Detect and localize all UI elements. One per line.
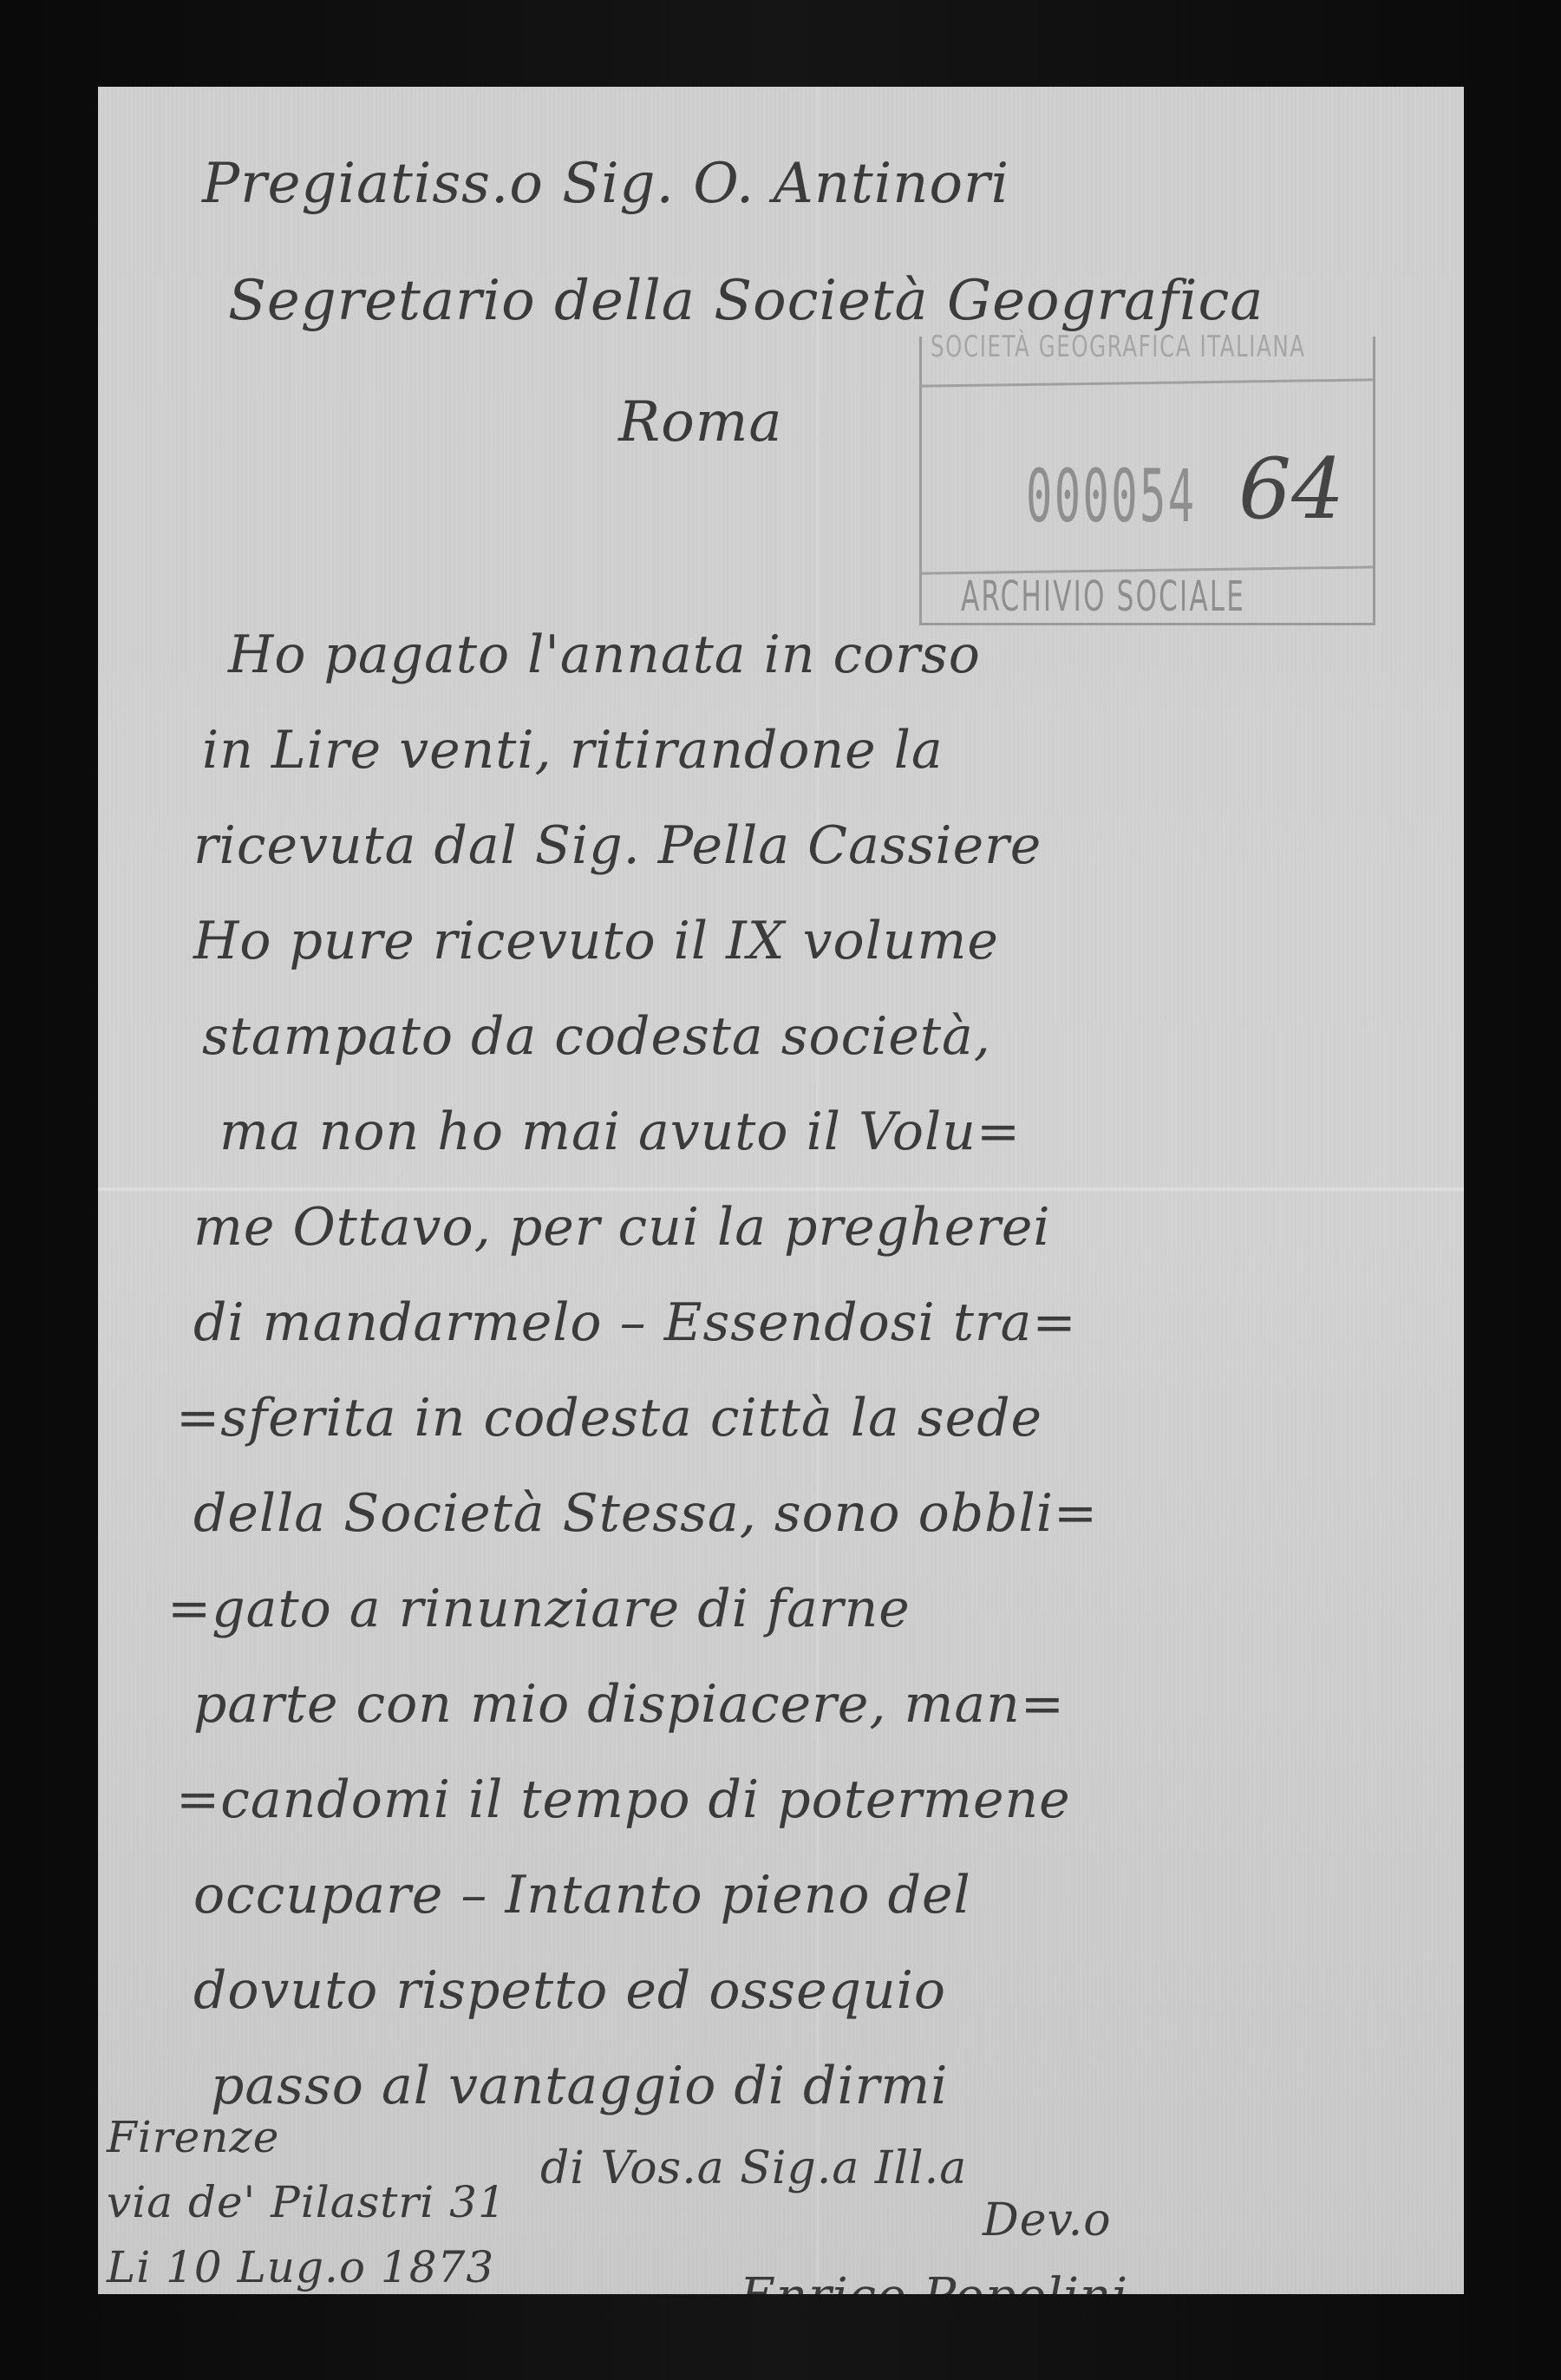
sender-city: Firenze (107, 2112, 279, 2162)
body-line: Ho pure ricevuto il IX volume (193, 911, 999, 971)
date-day-month: Li 10 Lug.o (107, 2242, 366, 2292)
body-line: ma non ho mai avuto il Volu= (219, 1102, 1021, 1162)
stamp-printed-number: 000054 (1026, 454, 1196, 539)
body-line: parte con mio dispiacere, man= (193, 1674, 1065, 1735)
closing-devoted: Dev.o (983, 2194, 1112, 2246)
date-year: 1873 (381, 2242, 494, 2294)
stamp-handwritten-number: 64 (1238, 441, 1344, 538)
recipient-title: Segretario della Società Geografica (228, 269, 1264, 333)
letter-page: Pregiatiss.o Sig. O. Antinori Segretario… (98, 87, 1464, 2294)
body-line: passo al vantaggio di dirmi (211, 2056, 948, 2116)
horizontal-fold-crease (98, 1187, 1464, 1192)
archive-stamp: SOCIETÀ GEOGRAFICA ITALIANA 000054 64 AR… (919, 337, 1375, 625)
body-line: =candomi il tempo di potermene (176, 1769, 1071, 1830)
recipient-city: Roma (618, 390, 783, 454)
body-line: me Ottavo, per cui la pregherei (193, 1197, 1051, 1258)
sender-street: via de' Pilastri 31 (107, 2177, 506, 2227)
body-line: =sferita in codesta città la sede (176, 1388, 1042, 1448)
letter-date: Li 10 Lug.o 1873 (107, 2242, 494, 2292)
closing-courtesy: di Vos.a Sig.a Ill.a (540, 2142, 967, 2194)
stamp-archive-label: ARCHIVIO SOCIALE (961, 572, 1245, 621)
body-line: stampato da codesta società, (202, 1006, 991, 1067)
body-line: in Lire venti, ritirandone la (202, 720, 944, 781)
stamp-society-name: SOCIETÀ GEOGRAFICA ITALIANA (931, 330, 1306, 364)
body-line: Ho pagato l'annata in corso (228, 624, 981, 685)
stamp-divider-top (922, 378, 1373, 387)
body-line: =gato a rinunziare di farne (167, 1579, 911, 1639)
body-line: di mandarmelo – Essendosi tra= (193, 1292, 1077, 1353)
salutation: Pregiatiss.o Sig. O. Antinori (202, 152, 1009, 216)
signature: Enrico Popolini (740, 2268, 1128, 2294)
body-line: della Società Stessa, sono obbli= (193, 1483, 1098, 1544)
body-line: ricevuta dal Sig. Pella Cassiere (193, 815, 1042, 876)
body-line: dovuto rispetto ed ossequio (193, 1960, 946, 2021)
body-line: occupare – Intanto pieno del (193, 1865, 971, 1926)
